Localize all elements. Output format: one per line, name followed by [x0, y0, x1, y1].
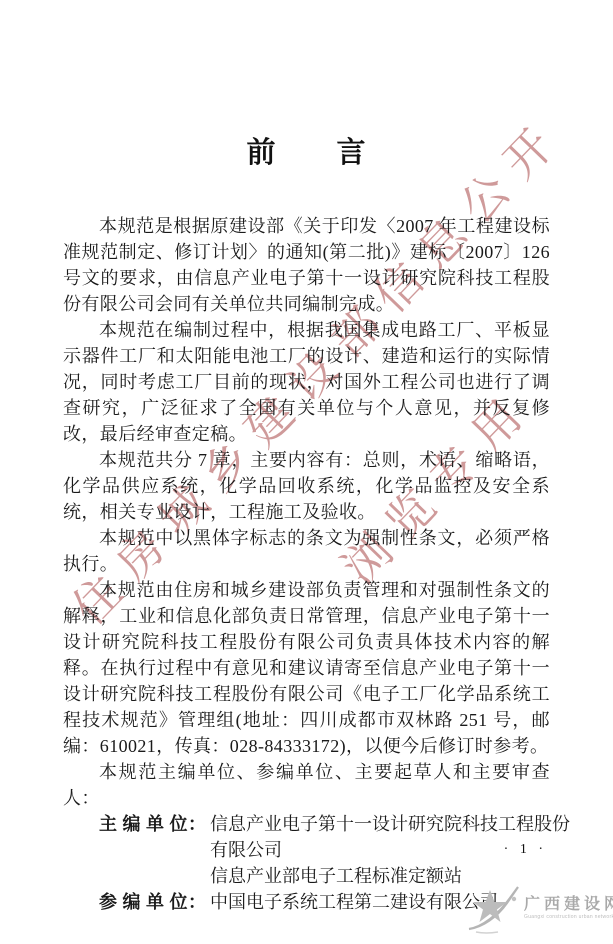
- page-number: · 1 ·: [504, 842, 547, 858]
- page-title: 前 言: [63, 130, 550, 171]
- paragraph-6: 本规范主编单位、参编单位、主要起草人和主要审查人：: [63, 759, 550, 811]
- paragraph-1: 本规范是根据原建设部《关于印发〈2007 年工程建设标准规范制定、修订计划〉的通…: [63, 213, 550, 317]
- paragraph-5: 本规范由住房和城乡建设部负责管理和对强制性条文的解释，工业和信息化部负责日常管理…: [63, 577, 550, 759]
- paragraph-3: 本规范共分 7 章，主要内容有：总则，术语、缩略语，化学品供应系统，化学品回收系…: [63, 447, 550, 525]
- chief-editor-line: 信息产业电子第十一设计研究院科技工程股份: [210, 811, 550, 837]
- star-swoosh-icon: [466, 884, 522, 936]
- site-logo-text: 广西建设网 Guangxi construction urban network…: [524, 884, 613, 920]
- site-tagline: Guangxi construction urban network indus…: [524, 914, 613, 920]
- chief-editor-entry: 主 编 单 位： 信息产业电子第十一设计研究院科技工程股份 有限公司 信息产业部…: [63, 811, 550, 889]
- document-page: 住房城乡建设部信息公开 浏览专用 前 言 本规范是根据原建设部《关于印发〈200…: [0, 0, 613, 944]
- gxjs-site-logo: 广西建设网 Guangxi construction urban network…: [466, 884, 613, 936]
- document-content: 前 言 本规范是根据原建设部《关于印发〈2007 年工程建设标准规范制定、修订计…: [63, 0, 550, 915]
- chief-editor-label: 主 编 单 位：: [99, 811, 207, 837]
- site-name: 广西建设网: [524, 896, 613, 914]
- paragraph-2: 本规范在编制过程中，根据我国集成电路工厂、平板显示器件工厂和太阳能电池工厂的设计…: [63, 317, 550, 447]
- paragraph-4: 本规范中以黑体字标志的条文为强制性条文，必须严格执行。: [63, 525, 550, 577]
- chief-editor-line: 有限公司: [210, 837, 550, 863]
- co-editor-label: 参 编 单 位：: [99, 889, 207, 915]
